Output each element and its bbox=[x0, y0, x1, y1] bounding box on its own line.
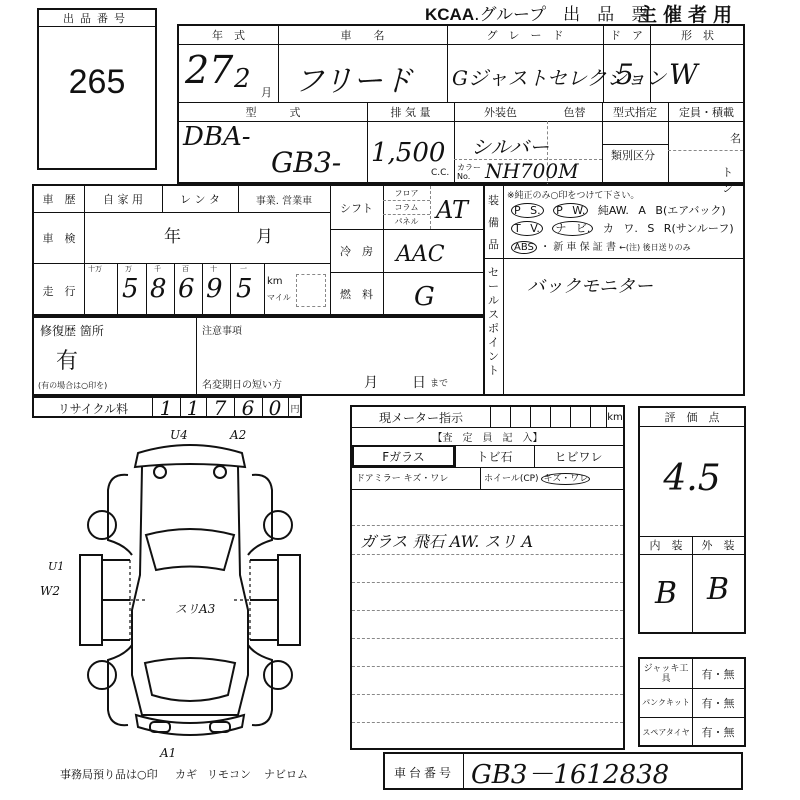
interior-label: 内 装 bbox=[640, 536, 692, 554]
recycle-digit: 1 bbox=[180, 396, 206, 420]
name-label: 車 名 bbox=[278, 26, 447, 44]
equip-leather: カ ワ. bbox=[603, 222, 638, 235]
score-value: 4.5 bbox=[640, 448, 744, 508]
model-label: 型 式 bbox=[179, 102, 367, 121]
lot-number-label: 出品番号 bbox=[39, 10, 155, 27]
color-no-value: NH700M bbox=[485, 159, 579, 183]
car-damage-diagram[interactable] bbox=[70, 425, 310, 765]
displacement-label: 排 気 量 bbox=[367, 102, 454, 121]
ac-value: AAC bbox=[396, 242, 445, 267]
mile-checkbox[interactable] bbox=[296, 274, 326, 307]
f-glass-label: Fガラス bbox=[352, 445, 455, 467]
history-table: 車 歴 自 家 用 レ ン タ 事業. 営業車 車 検 年 月 走 行 十万 万… bbox=[32, 184, 485, 316]
damage-mark-rear-left: U4 bbox=[170, 428, 188, 442]
equip-pw: P W. bbox=[553, 203, 588, 218]
model-prefix-value: DBA- bbox=[183, 122, 251, 152]
vehicle-info-table: 年 式 車 名 グ レ ー ド ド ア 形 状 27 2 月 フリード Gジャス… bbox=[177, 24, 745, 184]
recycle-label: リサイクル料 bbox=[34, 398, 152, 418]
separator: ・ bbox=[540, 242, 550, 253]
inspector-header: 【査 定 員 記 入】 bbox=[352, 427, 623, 445]
damage-mark-side-2: W2 bbox=[40, 584, 60, 598]
recycle-box: リサイクル料 1 1 7 6 0 円 bbox=[32, 396, 302, 418]
recycle-unit: 円 bbox=[288, 398, 302, 418]
km-label: km bbox=[267, 276, 283, 287]
mile-label: マイル bbox=[267, 292, 291, 303]
door-mirror-label: ドアミラー キズ・ワレ bbox=[356, 471, 448, 484]
sales-point-value: バックモニター bbox=[527, 272, 653, 298]
meter-unit: km bbox=[606, 407, 624, 427]
accessories-box: ジャッキ工具 有・無 パンクキット 有・無 スペアタイヤ 有・無 bbox=[638, 657, 746, 747]
mileage-unit: 一 bbox=[240, 264, 247, 274]
mileage-digit: 9 bbox=[206, 274, 223, 304]
brand-logo: KCAA bbox=[425, 5, 474, 24]
damage-mark-roof: スリA3 bbox=[175, 600, 215, 617]
exterior-label: 外 装 bbox=[692, 536, 744, 554]
equip-abs: ABS bbox=[511, 241, 537, 254]
history-option-business: 事業. 営業車 bbox=[238, 186, 330, 212]
inspector-box: 現メーター指示 km 【査 定 員 記 入】 Fガラス トビ石 ヒビワレ ドアミ… bbox=[350, 405, 625, 750]
repair-label: 修復歴 箇所 bbox=[40, 322, 104, 339]
history-option-private: 自 家 用 bbox=[84, 186, 162, 212]
score-label: 評 価 点 bbox=[640, 408, 744, 426]
chassis-number-label: 車台番号 bbox=[385, 754, 463, 790]
displacement-unit: C.C. bbox=[431, 168, 449, 178]
chassis-number-box: 車台番号 GB3－1612838 bbox=[383, 752, 743, 790]
mileage-unit: 万 bbox=[125, 264, 132, 274]
shift-option-panel: パネル bbox=[383, 214, 430, 228]
equip-ab: A B(エアバック) bbox=[638, 204, 725, 217]
month-unit: 月 bbox=[261, 84, 272, 100]
organizer-label: 主催者用 bbox=[638, 0, 738, 27]
chassis-number-value: GB3－1612838 bbox=[471, 754, 669, 791]
recycle-digit: 1 bbox=[152, 396, 180, 420]
month-value: 2 bbox=[234, 64, 251, 94]
mileage-label: 走 行 bbox=[34, 263, 84, 318]
shift-value: AT bbox=[436, 196, 468, 224]
history-option-rental: レ ン タ bbox=[162, 186, 238, 212]
equipment-label: 装備品 bbox=[488, 190, 500, 256]
wheel-damage: キズ・ワレ bbox=[541, 473, 590, 485]
recycle-digit: 0 bbox=[262, 396, 288, 420]
equipment-row-3: ABS ・ 新 車 保 証 書 ←(注) 後日送りのみ bbox=[511, 238, 691, 253]
equip-warranty: 新 車 保 証 書 bbox=[553, 242, 616, 253]
car-name-value: フリード bbox=[294, 56, 413, 100]
jack-tool-label: ジャッキ工具 bbox=[640, 659, 692, 688]
door-label: ド ア bbox=[603, 26, 650, 44]
equip-tv: T V. bbox=[511, 221, 543, 236]
door-mirror-text: ドアミラー bbox=[356, 474, 401, 484]
mileage-unit: 千 bbox=[154, 264, 161, 274]
equip-navi: ナ ビ. bbox=[552, 221, 593, 236]
history-label: 車 歴 bbox=[34, 186, 84, 212]
color-change-label: 色替 bbox=[547, 102, 602, 121]
shift-label: シフト bbox=[330, 186, 383, 229]
shift-option-column: コラム bbox=[383, 200, 430, 214]
title-text: .グループ 出 品 票 bbox=[474, 5, 648, 25]
puncture-kit-label: パンクキット bbox=[640, 688, 692, 717]
repair-note: (有の場合は○印を) bbox=[38, 380, 107, 391]
equipment-row-2: T V. ナ ビ. カ ワ. S R(サンルーフ) bbox=[511, 220, 734, 236]
equipment-sales-box: 装備品 ※純正のみ○印をつけて下さい。 P S. P W. 純AW. A B(エ… bbox=[483, 184, 745, 396]
inspection-month: 月 bbox=[256, 222, 273, 247]
notes-month: 月 bbox=[364, 372, 378, 392]
spare-tire-value[interactable]: 有・無 bbox=[692, 717, 744, 747]
grade-label: グ レ ー ド bbox=[447, 26, 603, 44]
color-label: 外装色 bbox=[454, 102, 547, 121]
mileage-digit: 8 bbox=[150, 274, 167, 304]
door-mirror-damage: キズ・ワレ bbox=[404, 474, 449, 484]
color-value: シルバー bbox=[471, 131, 549, 160]
year-label: 年 式 bbox=[179, 26, 278, 44]
mileage-digit: 5 bbox=[236, 274, 253, 304]
notes-until: まで bbox=[430, 376, 448, 389]
meter-label: 現メーター指示 bbox=[352, 407, 490, 427]
sheet-title: KCAA.グループ 出 品 票 bbox=[425, 0, 648, 25]
repair-notes-box: 修復歴 箇所 有 (有の場合は○印を) 注意事項 名変期日の短い方 月 日 まで bbox=[32, 316, 485, 396]
inspection-year: 年 bbox=[164, 222, 181, 247]
office-item-naviroms[interactable]: ナビロム bbox=[264, 766, 308, 782]
office-item-key[interactable]: カギ bbox=[175, 766, 197, 782]
chip-label: トビ石 bbox=[455, 445, 534, 467]
recycle-digit: 7 bbox=[206, 396, 234, 420]
repair-value: 有 bbox=[56, 344, 78, 375]
notes-day: 日 bbox=[412, 372, 426, 392]
office-item-remote[interactable]: リモコン bbox=[207, 766, 251, 782]
mileage-digit: 5 bbox=[122, 274, 139, 304]
crack-label: ヒビワレ bbox=[534, 445, 623, 467]
equipment-note: ※純正のみ○印をつけて下さい。 bbox=[507, 188, 639, 201]
interior-value: B bbox=[640, 568, 692, 618]
model-code-value: GB3- bbox=[271, 146, 341, 179]
fuel-label: 燃 料 bbox=[330, 272, 383, 316]
lot-number-value: 265 bbox=[39, 27, 155, 137]
fuel-value: G bbox=[414, 282, 435, 312]
damage-mark-side-1: U1 bbox=[48, 560, 64, 573]
spare-tire-label: スペアタイヤ bbox=[640, 717, 692, 747]
recycle-digit: 6 bbox=[234, 396, 262, 420]
type-spec-label: 型式指定 bbox=[602, 102, 668, 121]
damage-mark-rear-right: A2 bbox=[230, 428, 246, 442]
shape-value: W bbox=[669, 58, 698, 91]
capacity-person-unit: 名 bbox=[730, 130, 741, 146]
mileage-digit: 6 bbox=[178, 274, 195, 304]
shift-option-floor: フロア bbox=[383, 186, 430, 200]
capacity-label: 定員・積載 bbox=[668, 102, 745, 121]
equip-sr: S R(サンルーフ) bbox=[647, 222, 733, 235]
office-items-label: 事務局預り品は○印 bbox=[60, 766, 158, 782]
puncture-kit-value[interactable]: 有・無 bbox=[692, 688, 744, 717]
mileage-unit: 十 bbox=[210, 264, 217, 274]
sales-point-label: セールスポイント bbox=[488, 266, 500, 378]
inspector-remark: ガラス 飛石 AW. スリ A bbox=[360, 529, 533, 552]
mileage-unit: 百 bbox=[182, 264, 189, 274]
door-value: 5 bbox=[616, 58, 634, 91]
inspection-label: 車 検 bbox=[34, 212, 84, 263]
exterior-value: B bbox=[692, 564, 744, 614]
color-no-label: カラーNo. bbox=[457, 163, 481, 181]
grade-value: Gジャストセレクション bbox=[452, 62, 666, 91]
equipment-row-1: P S. P W. 純AW. A B(エアバック) bbox=[511, 202, 726, 218]
wheel-label: ホイール(CP) キズ・ワレ bbox=[484, 471, 590, 484]
year-value: 27 bbox=[185, 48, 233, 92]
shape-label: 形 状 bbox=[650, 26, 745, 44]
equip-aw: 純AW. bbox=[598, 204, 629, 217]
jack-tool-value[interactable]: 有・無 bbox=[692, 659, 744, 688]
equip-warranty-note: ←(注) 後日送りのみ bbox=[619, 243, 691, 252]
mileage-unit: 十万 bbox=[88, 264, 102, 274]
lot-number-box: 出品番号 265 bbox=[37, 8, 157, 170]
displacement-value: 1,500 bbox=[371, 138, 445, 168]
equip-ps: P S. bbox=[511, 203, 544, 218]
name-change-label: 名変期日の短い方 bbox=[202, 376, 282, 391]
ac-label: 冷 房 bbox=[330, 229, 383, 272]
damage-mark-front: A1 bbox=[160, 746, 176, 760]
wheel-text: ホイール(CP) bbox=[484, 474, 539, 484]
score-box: 評 価 点 4.5 内 装 外 装 B B bbox=[638, 406, 746, 634]
category-label: 類別区分 bbox=[611, 147, 655, 163]
notes-label: 注意事項 bbox=[202, 322, 242, 337]
